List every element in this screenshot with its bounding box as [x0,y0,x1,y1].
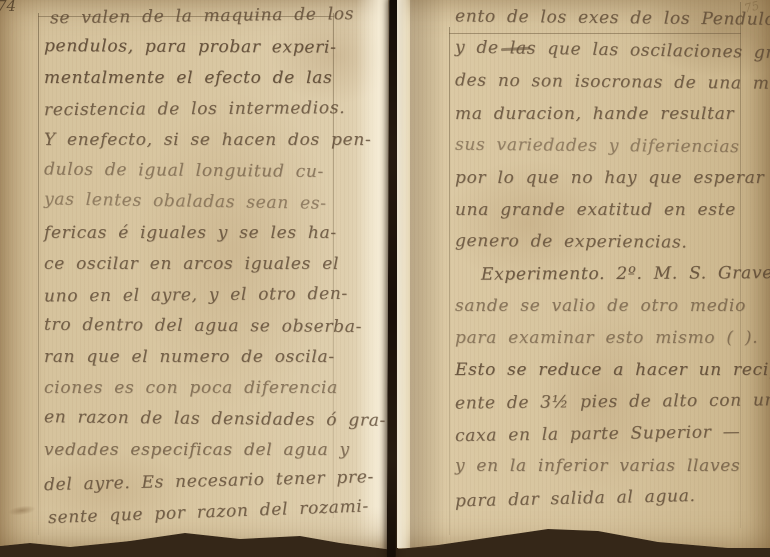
manuscript-line: mentalmente el efecto de las [44,63,388,94]
manuscript-line: genero de experiencias. [455,225,755,259]
manuscript-line: yas lentes obaladas sean es- [44,184,388,220]
manuscript-line: sande se valio de otro medio [455,290,755,322]
manuscript-line: Y enefecto, si se hacen dos pen- [44,125,388,156]
manuscript-line: para examinar esto mismo ( ). [455,322,755,354]
manuscript-line: y de las que las oscilaciones gran- [455,31,756,68]
gutter-shadow [410,0,446,548]
manuscript-line: y en la inferior varias llaves [455,450,755,482]
manuscript-line: vedades especificas del agua y [44,435,388,466]
manuscript-line: ran que el numero de oscila- [44,342,388,373]
manuscript-line: se valen de la maquina de los [44,0,388,34]
manuscript-line: ce oscilar en arcos iguales el [44,249,388,280]
manuscript-line: tro dentro del agua se obserba- [44,310,388,343]
ruled-margin-line [449,27,450,535]
manuscript-line: pendulos, para probar experi- [44,31,388,64]
page-number-left: 74 [0,0,16,15]
manuscript-line: dulos de igual longuitud cu- [44,154,388,188]
manuscript-line: ento de los exes de los Pendulos [455,0,755,35]
manuscript-line: des no son isocronas de una mis- [455,64,755,99]
manuscript-line: ma duracion, hande resultar [455,98,755,130]
manuscript-line: fericas é iguales y se les ha- [44,218,388,249]
manuscript-line: Esto se reduce a hacer un recipi- [455,354,755,386]
manuscript-line: ente de 3½ pies de alto con una [455,384,755,419]
manuscript-line: una grande exatitud en este [455,194,755,226]
manuscript-line: para dar salida al agua. [455,479,756,518]
text-block-right: ento de los exes de los Pendulos y de la… [455,2,755,514]
ruled-margin-line [38,13,39,535]
manuscript-line: sus variedades y diferiencias [455,129,755,164]
text-block-left: se valen de la maquina de los pendulos, … [44,1,388,528]
manuscript-line: uno en el ayre, y el otro den- [44,278,388,312]
manuscript-line: caxa en la parte Superior — [455,416,755,452]
manuscript-scan: 74 75 se valen de la maquina de los pend… [0,0,770,557]
manuscript-line: en razon de las densidades ó gra- [44,402,388,437]
manuscript-line: ciones es con poca diferencia [44,373,388,404]
manuscript-line: Experimento. 2º. M. S. Grave- [455,257,755,291]
manuscript-line: por lo que no hay que esperar [455,162,755,194]
manuscript-line: recistencia de los intermedios. [44,93,388,126]
